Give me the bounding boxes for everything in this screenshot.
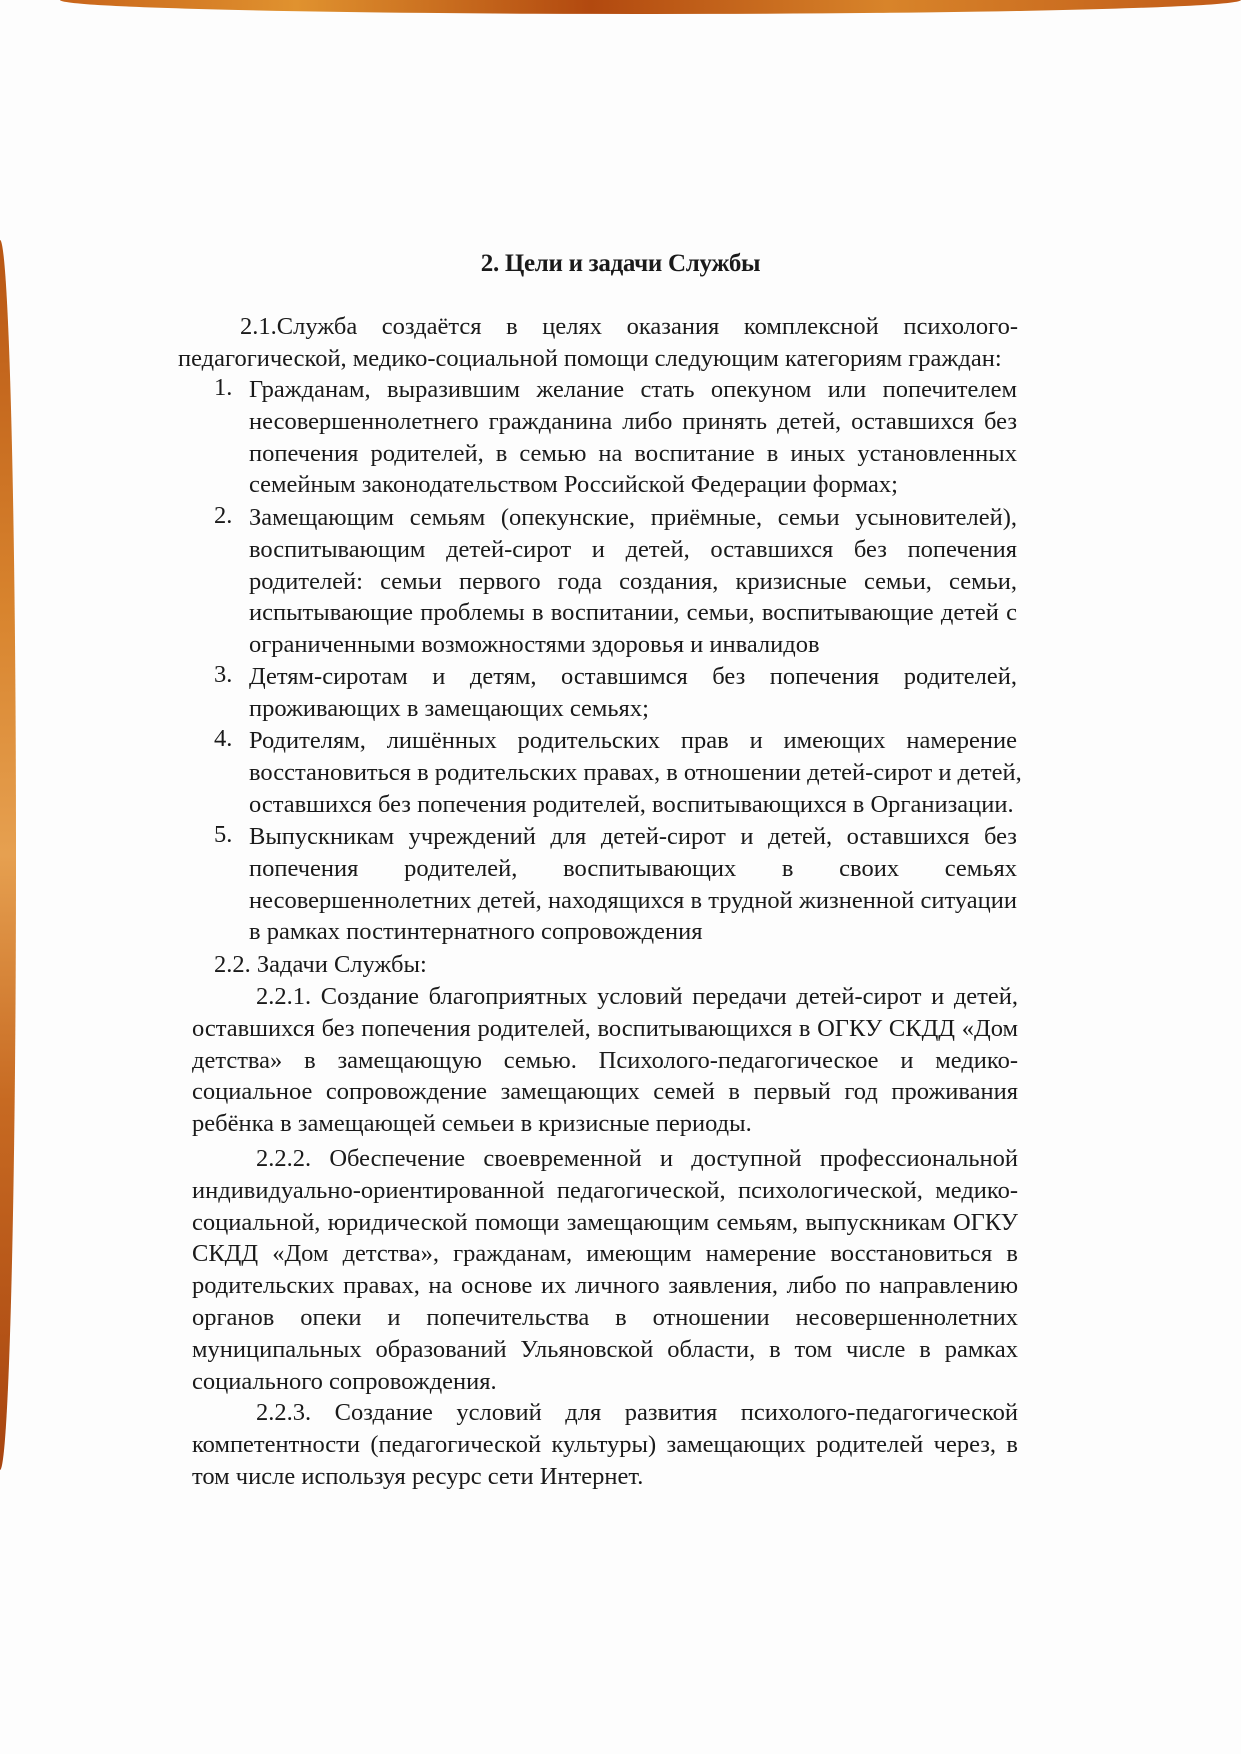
paragraph-line: социальное сопровождение замещающих семе… [192, 1076, 1018, 1108]
paragraph-line: социальной, юридической помощи замещающи… [192, 1207, 1018, 1239]
paragraph-2-2-3: 2.2.3. Создание условий для развития пси… [192, 1397, 1018, 1492]
list-item-3: Детям-сиротам и детям, оставшимся без по… [249, 661, 1017, 725]
paragraph-line: социального сопровождения. [192, 1366, 1018, 1398]
document-page: 2. Цели и задачи Службы 2.1.Служба созда… [0, 0, 1241, 1754]
list-item-line: Родителям, лишённых родительских прав и … [249, 725, 1017, 757]
list-item-number: 3. [214, 661, 232, 689]
paragraph-line: оставшихся без попечения родителей, восп… [192, 1013, 1018, 1045]
list-item-line: семейным законодательством Российской Фе… [249, 469, 1017, 501]
list-item-number: 1. [214, 374, 232, 402]
list-item-line: испытывающие проблемы в воспитании, семь… [249, 597, 1017, 629]
list-item-line: восстановиться в родительских правах, в … [249, 757, 1017, 789]
list-item-line: несовершеннолетних детей, находящихся в … [249, 885, 1017, 917]
list-item-5: Выпускникам учреждений для детей-сирот и… [249, 821, 1017, 948]
paragraph-line: родительских правах, на основе их личног… [192, 1270, 1018, 1302]
paragraph-line: органов опеки и попечительства в отношен… [192, 1302, 1018, 1334]
paragraph-2-2-2: 2.2.2. Обеспечение своевременной и досту… [192, 1143, 1018, 1397]
list-item-line: ограниченными возможностями здоровья и и… [249, 629, 1017, 661]
paragraph-line: 2.2.3. Создание условий для развития пси… [192, 1397, 1018, 1429]
paragraph-line: детства» в замещающую семью. Психолого-п… [192, 1045, 1018, 1077]
list-item-line: Замещающим семьям (опекунские, приёмные,… [249, 502, 1017, 534]
tasks-heading-text: 2.2. Задачи Службы: [214, 949, 614, 981]
list-item-line: попечения родителей, в семью на воспитан… [249, 438, 1017, 470]
list-item-line: попечения родителей, воспитывающих в сво… [249, 853, 1017, 885]
list-item-number: 5. [214, 821, 232, 849]
paragraph-line: педагогической, медико-социальной помощи… [178, 343, 1018, 375]
paragraph-line: 2.2.2. Обеспечение своевременной и досту… [192, 1143, 1018, 1175]
list-item-1: Гражданам, выразившим желание стать опек… [249, 374, 1017, 501]
paragraph-line: ребёнка в замещающей семьеи в кризисные … [192, 1108, 1018, 1140]
paragraph-line: индивидуально-ориентированной педагогиче… [192, 1175, 1018, 1207]
list-item-line: Выпускникам учреждений для детей-сирот и… [249, 821, 1017, 853]
list-item-line: проживающих в замещающих семьях; [249, 693, 1017, 725]
list-item-number: 4. [214, 725, 232, 753]
list-item-line: Гражданам, выразившим желание стать опек… [249, 374, 1017, 406]
paragraph-line: 2.2.1. Создание благоприятных условий пе… [192, 981, 1018, 1013]
paragraph-2-2-1: 2.2.1. Создание благоприятных условий пе… [192, 981, 1018, 1140]
list-item-line: родителей: семьи первого года создания, … [249, 566, 1017, 598]
section-title: 2. Цели и задачи Службы [0, 250, 1241, 278]
tasks-heading: 2.2. Задачи Службы: [214, 949, 614, 981]
paragraph-2-1: 2.1.Служба создаётся в целях оказания ко… [178, 311, 1018, 375]
list-item-line: Детям-сиротам и детям, оставшимся без по… [249, 661, 1017, 693]
paragraph-line: том числе используя ресурс сети Интернет… [192, 1461, 1018, 1493]
list-item-number: 2. [214, 502, 232, 530]
paragraph-line: муниципальных образований Ульяновской об… [192, 1334, 1018, 1366]
list-item-line: воспитывающим детей-сирот и детей, остав… [249, 534, 1017, 566]
paragraph-line: компетентности (педагогической культуры)… [192, 1429, 1018, 1461]
paragraph-line: СКДД «Дом детства», гражданам, имеющим н… [192, 1238, 1018, 1270]
list-item-line: в рамках постинтернатного сопровождения [249, 916, 1017, 948]
list-item-line: оставшихся без попечения родителей, восп… [249, 789, 1017, 821]
list-item-4: Родителям, лишённых родительских прав и … [249, 725, 1017, 820]
list-item-line: несовершеннолетнего гражданина либо прин… [249, 406, 1017, 438]
list-item-2: Замещающим семьям (опекунские, приёмные,… [249, 502, 1017, 661]
paragraph-line: 2.1.Служба создаётся в целях оказания ко… [178, 311, 1018, 343]
